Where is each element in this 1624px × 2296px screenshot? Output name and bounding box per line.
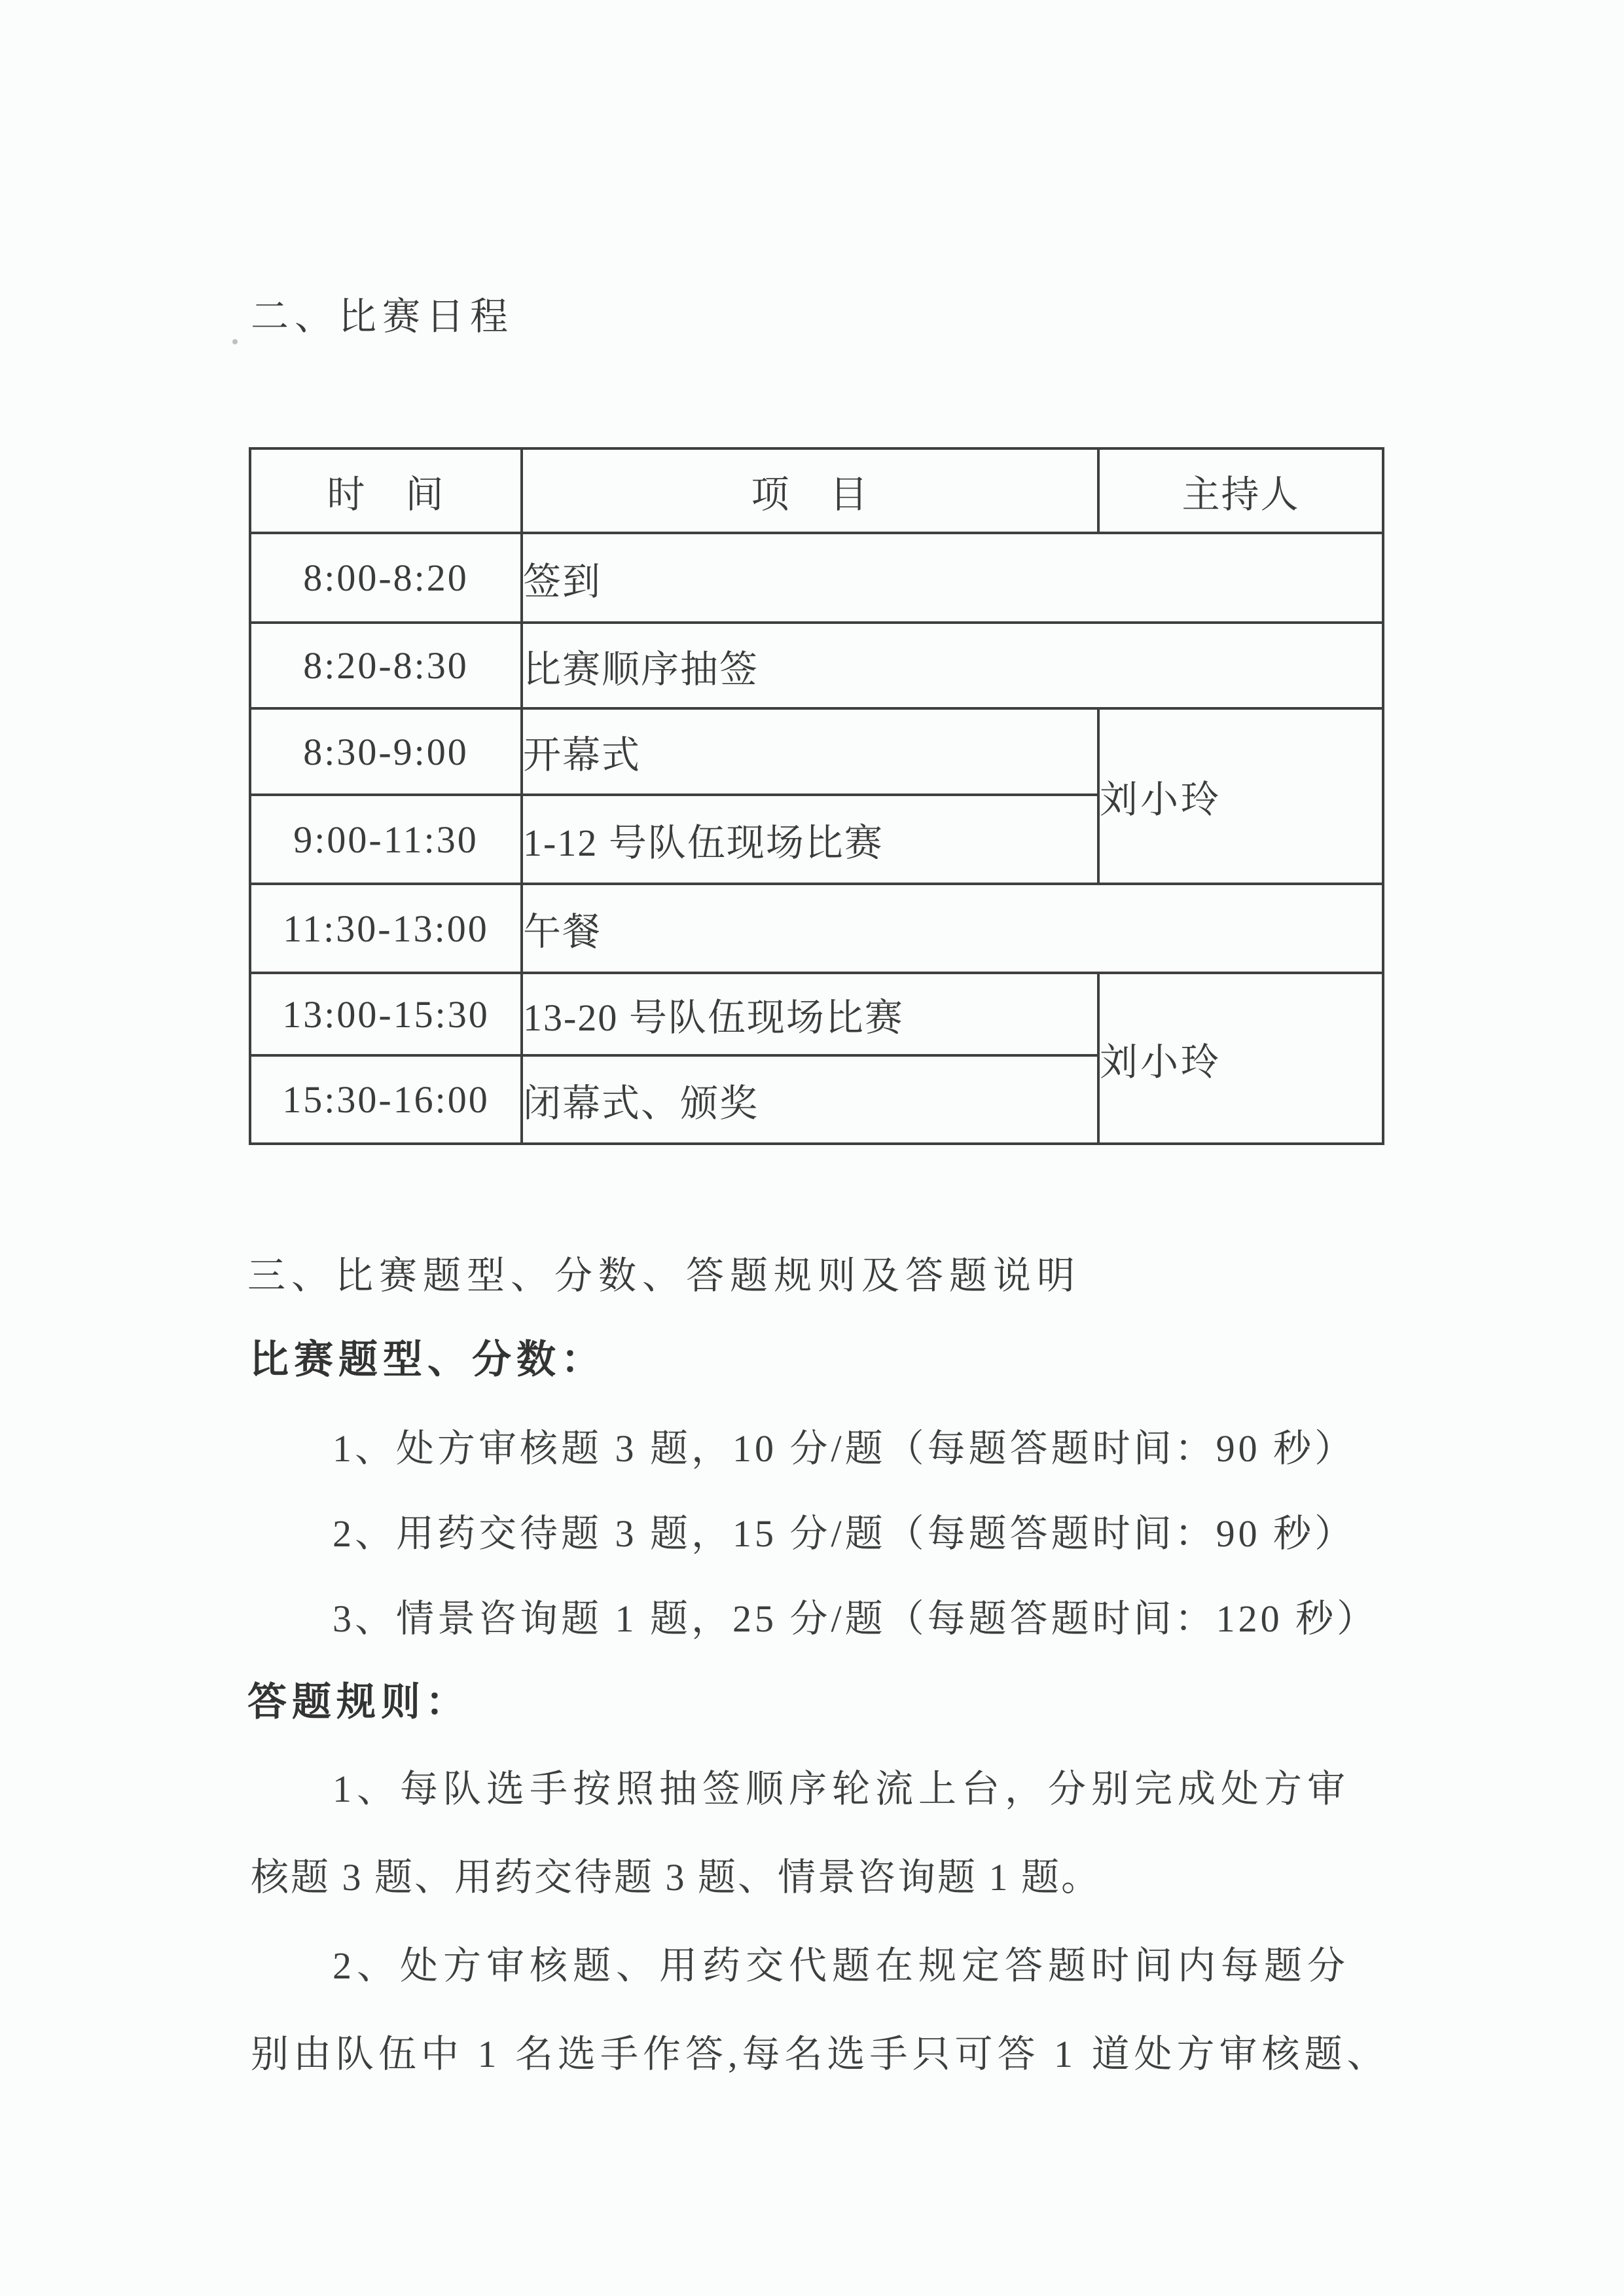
time-cell: 8:30-9:00 bbox=[250, 708, 522, 795]
answer-rule-line: 别由队伍中 1 名选手作答,每名选手只可答 1 道处方审核题、 bbox=[251, 2033, 1390, 2075]
table-header-row: 时 间 项 目 主持人 bbox=[250, 448, 1383, 533]
section-3-heading: 三、比赛题型、分数、答题规则及答题说明 bbox=[247, 1255, 1081, 1297]
header-time: 时 间 bbox=[250, 448, 522, 533]
scan-artifact-dot bbox=[232, 339, 238, 344]
schedule-table: 时 间 项 目 主持人 8:00-8:20 签到 8:20-8:30 比赛顺序抽… bbox=[249, 447, 1384, 1145]
question-type-item: 2、用药交待题 3 题，15 分/题（每题答题时间：90 秒） bbox=[333, 1513, 1356, 1555]
item-cell: 13-20 号队伍现场比赛 bbox=[522, 973, 1098, 1055]
table-row: 8:30-9:00 开幕式 刘小玲 bbox=[250, 708, 1383, 795]
item-cell: 午餐 bbox=[522, 884, 1383, 973]
time-cell: 11:30-13:00 bbox=[250, 884, 522, 973]
time-cell: 13:00-15:30 bbox=[250, 973, 522, 1055]
item-cell: 闭幕式、颁奖 bbox=[522, 1055, 1098, 1144]
item-cell: 签到 bbox=[522, 533, 1383, 623]
question-type-item: 1、处方审核题 3 题，10 分/题（每题答题时间：90 秒） bbox=[333, 1428, 1356, 1470]
answer-rule-line: 1、每队选手按照抽签顺序轮流上台，分别完成处方审 bbox=[333, 1768, 1350, 1810]
table-row: 13:00-15:30 13-20 号队伍现场比赛 刘小玲 bbox=[250, 973, 1383, 1055]
header-host: 主持人 bbox=[1098, 448, 1383, 533]
header-item: 项 目 bbox=[522, 448, 1098, 533]
item-cell: 比赛顺序抽签 bbox=[522, 623, 1383, 708]
time-cell: 9:00-11:30 bbox=[250, 795, 522, 884]
item-cell: 开幕式 bbox=[522, 708, 1098, 795]
answer-rule-line: 2、处方审核题、用药交代题在规定答题时间内每题分 bbox=[333, 1945, 1350, 1987]
table-row: 8:20-8:30 比赛顺序抽签 bbox=[250, 623, 1383, 708]
item-cell: 1-12 号队伍现场比赛 bbox=[522, 795, 1098, 884]
time-cell: 15:30-16:00 bbox=[250, 1055, 522, 1144]
table-row: 11:30-13:00 午餐 bbox=[250, 884, 1383, 973]
time-cell: 8:00-8:20 bbox=[250, 533, 522, 623]
schedule-table-wrap: 时 间 项 目 主持人 8:00-8:20 签到 8:20-8:30 比赛顺序抽… bbox=[249, 447, 1384, 1145]
host-cell: 刘小玲 bbox=[1098, 973, 1383, 1144]
question-type-item: 3、情景咨询题 1 题，25 分/题（每题答题时间：120 秒） bbox=[333, 1598, 1378, 1640]
host-cell: 刘小玲 bbox=[1098, 708, 1383, 884]
scanned-document-page: 二、比赛日程 时 间 项 目 主持人 8:00-8:20 签到 8:20-8:3… bbox=[0, 0, 1624, 2296]
question-types-heading: 比赛题型、分数： bbox=[249, 1339, 605, 1380]
answer-rule-line: 核题 3 题、用药交待题 3 题、情景咨询题 1 题。 bbox=[251, 1857, 1101, 1899]
answer-rules-heading: 答题规则： bbox=[247, 1681, 470, 1722]
section-2-heading: 二、比赛日程 bbox=[251, 296, 514, 338]
table-row: 8:00-8:20 签到 bbox=[250, 533, 1383, 623]
time-cell: 8:20-8:30 bbox=[250, 623, 522, 708]
